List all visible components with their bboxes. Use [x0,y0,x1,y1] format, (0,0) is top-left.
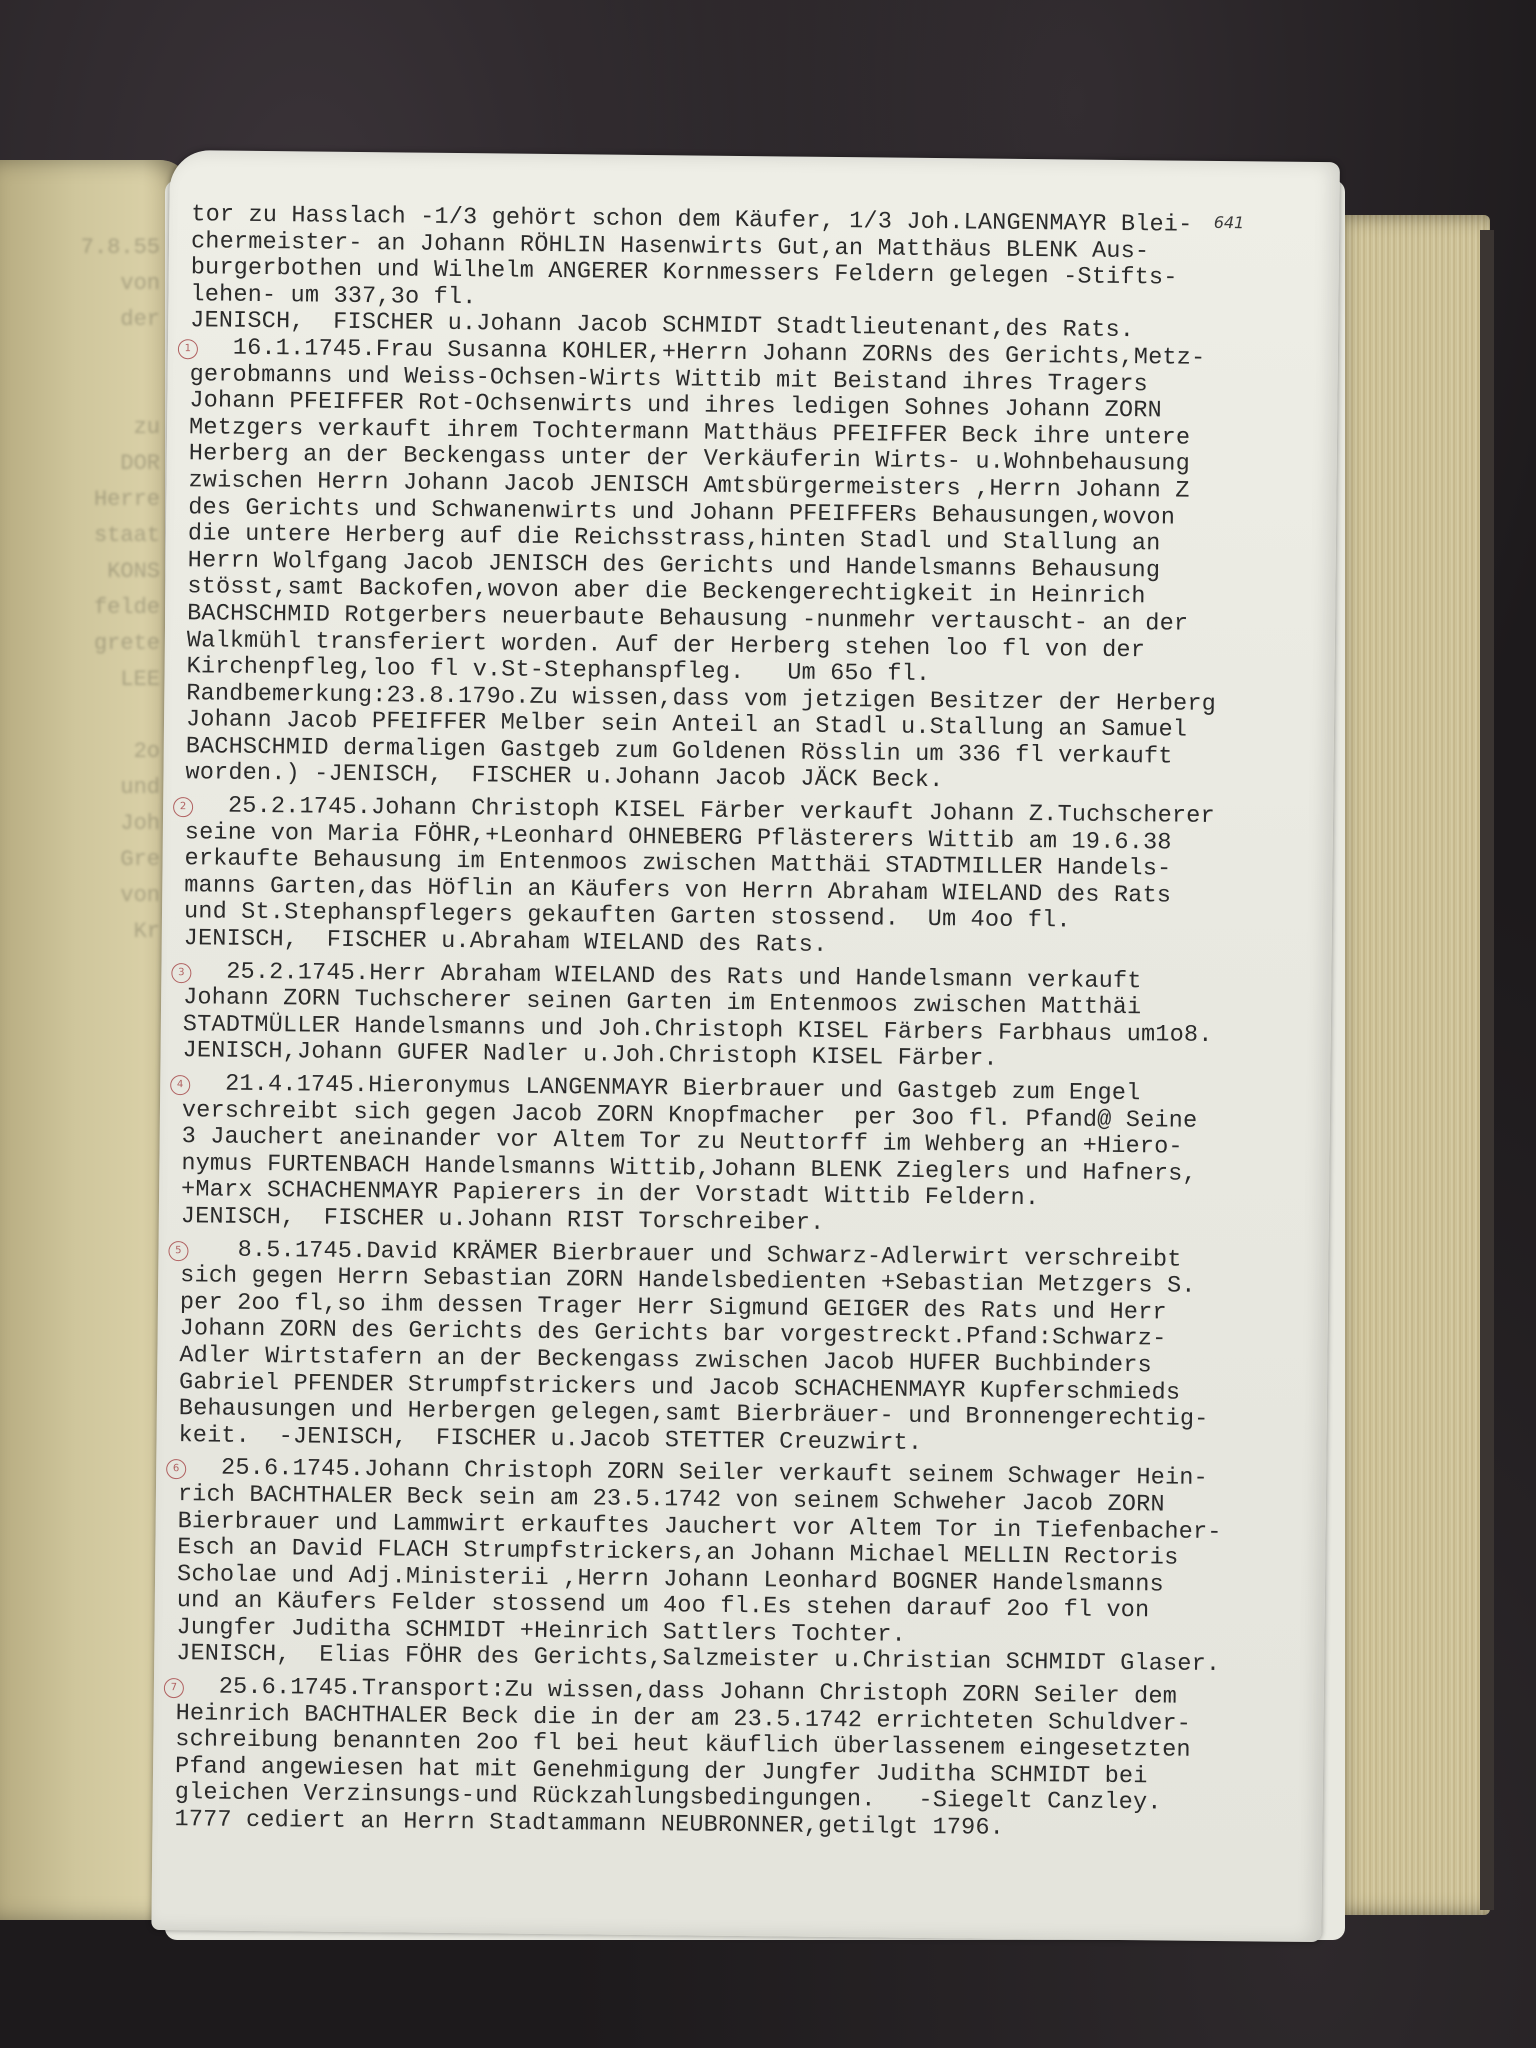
typewritten-text: tor zu Hasslach -1/3 gehört schon dem Kä… [174,202,1321,1845]
margin-annotation-mark: 5 [168,1241,188,1261]
deed-entry: 5 8.5.1745.David KRÄMER Bierbrauer und S… [178,1237,1310,1462]
entries-list: 1 16.1.1745.Frau Susanna KOHLER,+Herrn J… [174,335,1320,1845]
margin-annotation-mark: 3 [171,963,191,983]
book-page-edges [1330,215,1490,1915]
deed-entry: 1 16.1.1745.Frau Susanna KOHLER,+Herrn J… [185,335,1320,799]
deed-entry: 2 25.2.1745.Johann Christoph KISEL Färbe… [184,793,1316,964]
margin-annotation-mark: 4 [170,1075,190,1095]
book-cover-edge [1480,230,1494,1910]
left-page-bleedthrough-text: 7.8.55 von der zu DOR Herre staat KONS f… [30,230,160,950]
margin-annotation-mark: 1 [178,339,198,359]
deed-entry: 4 21.4.1745.Hieronymus LANGENMAYR Bierbr… [181,1071,1313,1242]
deed-entry: 7 25.6.1745.Transport:Zu wissen,dass Joh… [174,1674,1306,1845]
document-page: 641 tor zu Hasslach -1/3 gehört schon de… [151,150,1340,1942]
deed-entry: 3 25.2.1745.Herr Abraham WIELAND des Rat… [182,959,1313,1077]
continuation-entry: tor zu Hasslach -1/3 gehört schon dem Kä… [190,202,1321,347]
deed-entry: 6 25.6.1745.Johann Christoph ZORN Seiler… [176,1455,1308,1680]
